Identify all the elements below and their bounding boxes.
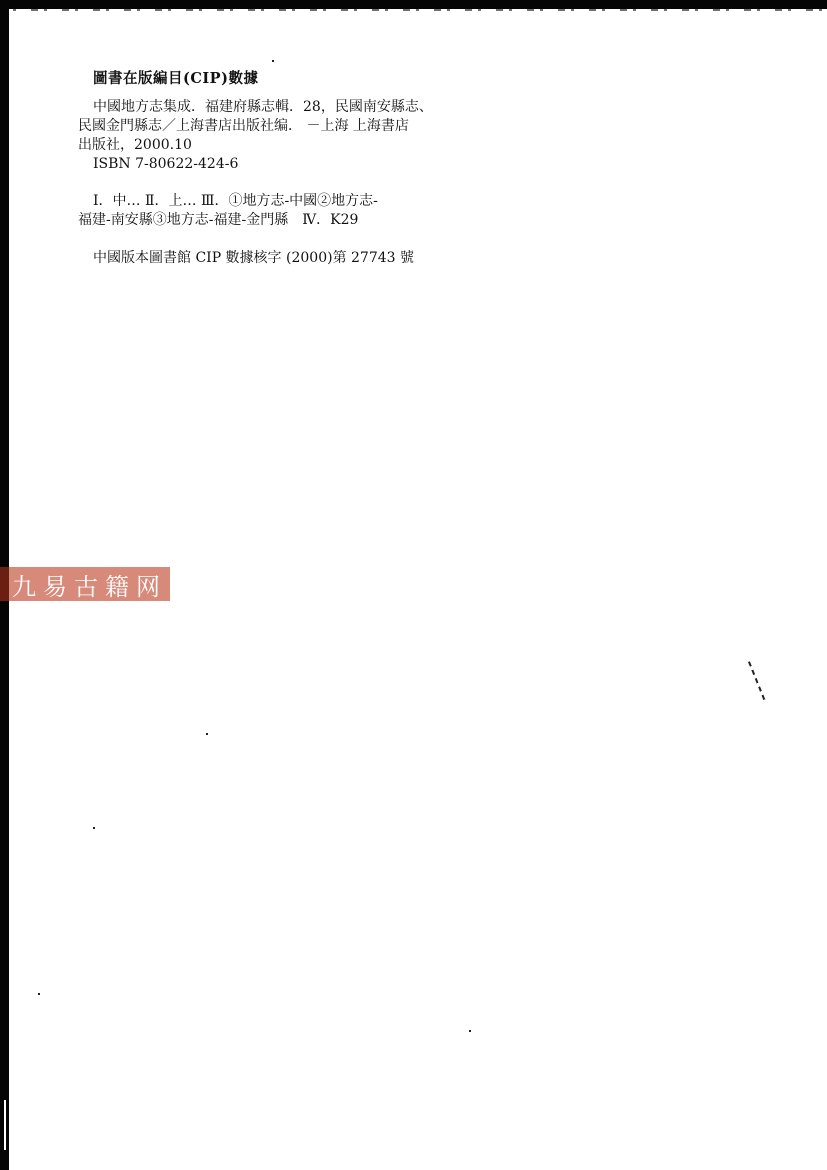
classification-line: Ⅰ．中… Ⅱ．上… Ⅲ．①地方志-中國②地方志- <box>78 192 478 211</box>
watermark-banner: 九易古籍网 <box>0 567 170 601</box>
scan-speck <box>93 827 95 829</box>
scanned-page: 圖書在版編目(CIP)數據 中國地方志集成．福建府縣志輯．28，民國南安縣志、 … <box>0 0 827 1170</box>
scan-border-top-edge <box>0 9 827 11</box>
spacer <box>78 174 478 192</box>
isbn-line: ISBN 7-80622-424-6 <box>78 155 478 174</box>
cip-heading: 圖書在版編目(CIP)數據 <box>93 67 258 88</box>
cip-number: 中國版本圖書館 CIP 數據核字 (2000)第 27743 號 <box>93 247 414 267</box>
scan-speck <box>206 733 208 735</box>
scan-scratch <box>748 661 766 703</box>
scan-speck <box>38 993 40 995</box>
watermark-text: 九易古籍网 <box>12 567 167 602</box>
description-line: 出版社，2000.10 <box>78 136 478 155</box>
classification-line: 福建-南安縣③地方志-福建-金門縣 Ⅳ．K29 <box>78 211 478 230</box>
cip-record: 中國地方志集成．福建府縣志輯．28，民國南安縣志、 民國金門縣志／上海書店出版社… <box>78 98 478 230</box>
scan-border-top <box>0 0 827 9</box>
description-line: 民國金門縣志／上海書店出版社编． －上海 上海書店 <box>78 117 478 136</box>
scan-border-gap <box>4 1100 6 1150</box>
watermark-edge <box>0 567 9 601</box>
scan-speck <box>272 60 274 62</box>
description-line: 中國地方志集成．福建府縣志輯．28，民國南安縣志、 <box>78 98 478 117</box>
scan-speck <box>469 1030 471 1032</box>
